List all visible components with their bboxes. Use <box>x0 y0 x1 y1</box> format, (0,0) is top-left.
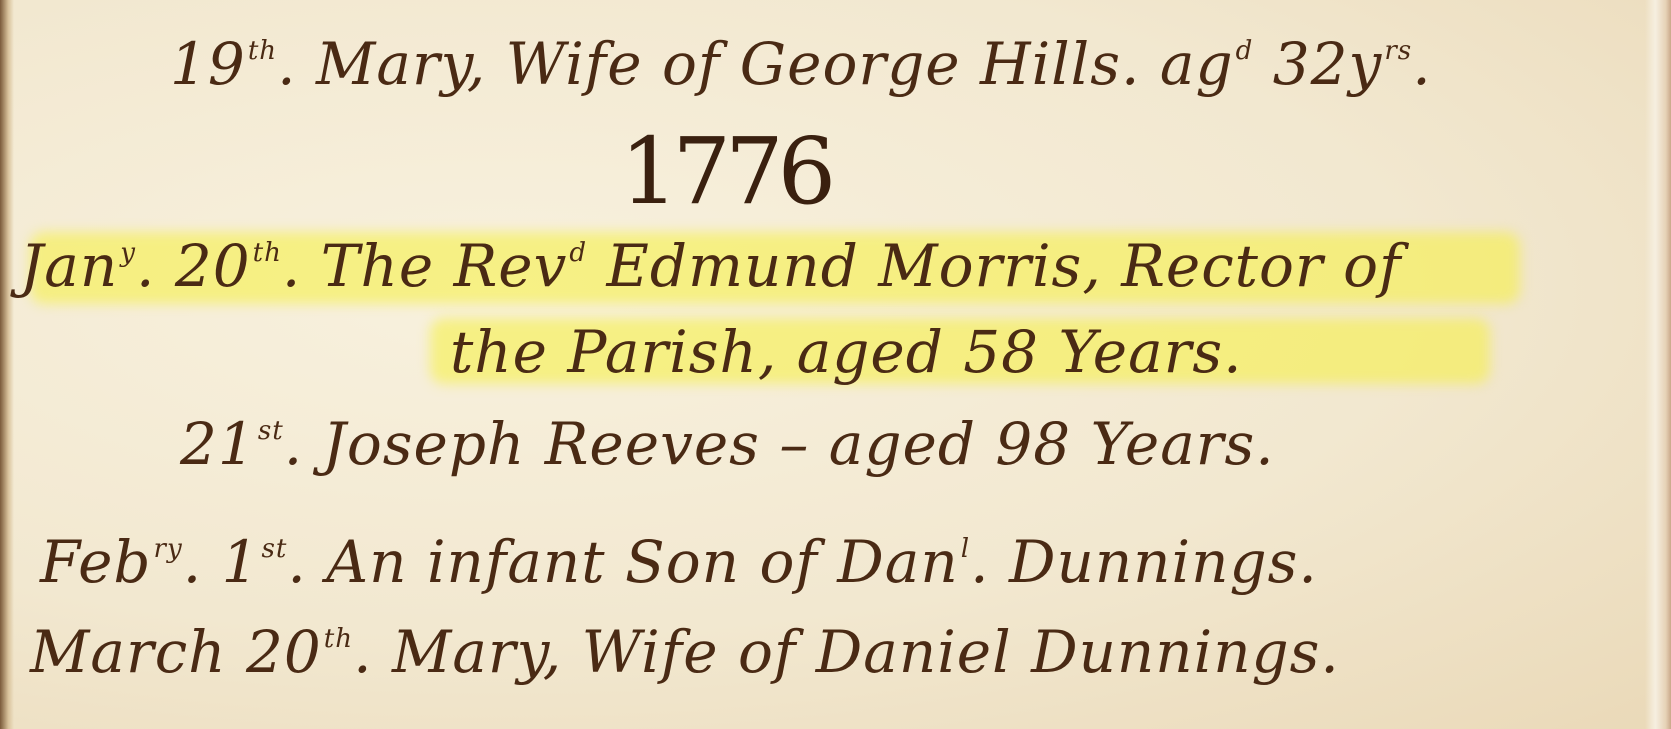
entry-month: March <box>30 618 227 686</box>
entry-mary-dunnings: March 20th. Mary, Wife of Daniel Dunning… <box>30 618 1340 686</box>
entry-mary-hills: 19th. Mary, Wife of George Hills. agd 32… <box>170 30 1432 98</box>
register-page: 19th. Mary, Wife of George Hills. agd 32… <box>0 0 1671 729</box>
entry-age: 32 <box>1273 30 1349 98</box>
year-heading: 1776 <box>620 118 830 225</box>
entry-day: 1 <box>222 528 260 596</box>
entry-month: Feb <box>40 528 152 596</box>
entry-day: 21 <box>180 410 256 478</box>
entry-infant-dunnings: Febry. 1st. An infant Son of Danl. Dunni… <box>40 528 1318 596</box>
entry-text: Mary, Wife of Daniel Dunnings. <box>392 618 1340 686</box>
entry-month: Jan <box>20 232 118 300</box>
entry-text: Joseph Reeves – aged 98 Years. <box>323 410 1275 478</box>
entry-joseph-reeves: 21st. Joseph Reeves – aged 98 Years. <box>180 410 1275 478</box>
entry-edmund-morris-line1: Jany. 20th. The Revd Edmund Morris, Rect… <box>20 232 1401 300</box>
entry-day: 20 <box>246 618 322 686</box>
entry-day: 20 <box>175 232 251 300</box>
entry-text: Edmund Morris, Rector of <box>607 232 1402 300</box>
entry-edmund-morris-line2: the Parish, aged 58 Years. <box>450 318 1243 386</box>
entry-day: 19 <box>170 30 246 98</box>
entry-text: Mary, Wife of George Hills. ag <box>316 30 1234 98</box>
